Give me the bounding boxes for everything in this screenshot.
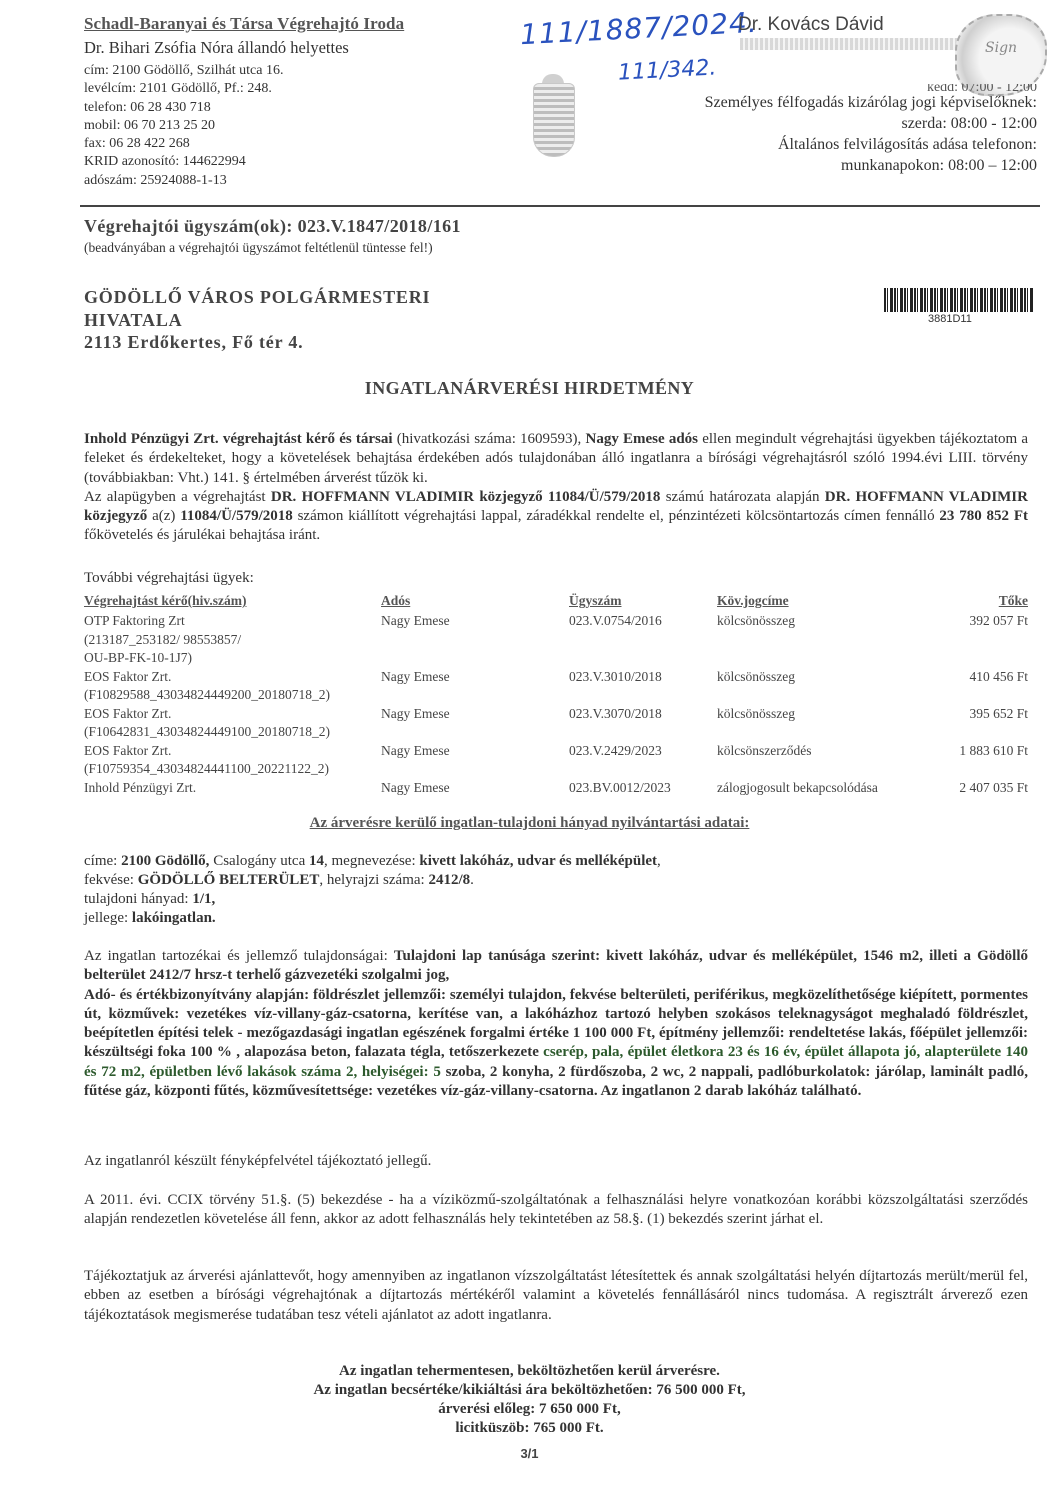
cell-principal: 395 652 Ft [927, 705, 1028, 742]
handwritten-sub-number: 111/342. [617, 55, 717, 85]
cell-claim-title: kölcsönösszeg [717, 612, 927, 668]
property-share-line: tulajdoni hányad: 1/1, [84, 890, 661, 909]
creditor-name: Inhold Pénzügyi Zrt. végrehajtást kérő é… [84, 431, 393, 447]
property-location: GÖDÖLLŐ BELTERÜLET [138, 872, 320, 888]
cell-debtor: Nagy Emese [381, 668, 569, 705]
label: címe: [84, 853, 121, 869]
intro-text: számon kiállított végrehajtási lappal, z… [293, 508, 940, 524]
cell-creditor: OTP Faktoring Zrt(213187_253182/ 9855385… [84, 612, 381, 668]
creditor-reference: (213187_253182/ 98553857/ OU-BP-FK-10-1J… [84, 631, 381, 668]
column-header-case-number: Ügyszám [569, 590, 717, 612]
cell-claim-title: zálogjogosult bekapcsolódása [717, 779, 927, 798]
table-header-row: Végrehajtást kérő(hiv.szám) Adós Ügyszám… [84, 590, 1028, 612]
creditor-name: OTP Faktoring Zrt [84, 612, 381, 631]
label: jellege: [84, 910, 132, 926]
property-house-number: 14 [309, 853, 324, 869]
summary-bid-increment: licitküszöb: 765 000 Ft. [0, 1419, 1059, 1438]
creditor-reference: (F10829588_43034824449200_20180718_2) [84, 686, 381, 705]
cell-case-number: 023.V.0754/2016 [569, 612, 717, 668]
intro-text: (hivatkozási száma: 1609593), [393, 431, 586, 447]
intro-paragraph: Inhold Pénzügyi Zrt. végrehajtást kérő é… [84, 430, 1028, 546]
cell-debtor: Nagy Emese [381, 705, 569, 742]
property-type: lakóingatlan. [132, 910, 216, 926]
cell-case-number: 023.V.3010/2018 [569, 668, 717, 705]
table-row: EOS Faktor Zrt.(F10642831_43034824449100… [84, 705, 1028, 742]
office-contact-block: cím: 2100 Gödöllő, Szilhát utca 16. levé… [84, 62, 283, 190]
intro-text: főkövetelés és járulékai behajtása iránt… [84, 527, 320, 543]
cell-claim-title: kölcsönösszeg [717, 705, 927, 742]
summary-starting-price: Az ingatlan becsértéke/kikiáltási ára be… [0, 1381, 1059, 1400]
property-city: 2100 Gödöllő, [121, 853, 209, 869]
label: fekvése: [84, 872, 138, 888]
cell-debtor: Nagy Emese [381, 612, 569, 668]
table-row: Inhold Pénzügyi Zrt.Nagy Emese023.BV.001… [84, 779, 1028, 798]
more-cases-heading: További végrehajtási ügyek: [84, 570, 254, 587]
cell-creditor: Inhold Pénzügyi Zrt. [84, 779, 381, 798]
property-details: címe: 2100 Gödöllő, Csalogány utca 14, m… [84, 852, 661, 928]
cell-creditor: EOS Faktor Zrt.(F10642831_43034824449100… [84, 705, 381, 742]
enforcement-office-name: Schadl-Baranyai és Társa Végrehajtó Irod… [84, 14, 404, 34]
auction-summary: Az ingatlan tehermentesen, beköltözhetőe… [0, 1362, 1059, 1438]
property-share: 1/1, [192, 891, 215, 907]
column-header-debtor: Adós [381, 590, 569, 612]
property-type-line: jellege: lakóingatlan. [84, 909, 661, 928]
law-note: A 2011. évi. CCIX törvény 51.§. (5) beke… [84, 1191, 1028, 1230]
office-hours-block: kedd: 07:00 - 12:00 Személyes félfogadás… [705, 86, 1037, 176]
barcode-number: 3881D11 [928, 313, 972, 325]
office-hours-line: Személyes félfogadás kizárólag jogi képv… [705, 92, 1037, 113]
case-number-note: (beadványában a végrehajtói ügyszámot fe… [84, 240, 433, 256]
features-lead: Az ingatlan tartozékai és jellemző tulaj… [84, 948, 394, 964]
office-hours-line: szerda: 08:00 - 12:00 [705, 113, 1037, 134]
coat-of-arms-icon [533, 83, 575, 157]
received-stamp-name: Dr. Kovács Dávid [738, 14, 884, 36]
table-row: EOS Faktor Zrt.(F10759354_43034824441100… [84, 742, 1028, 779]
cell-principal: 2 407 035 Ft [927, 779, 1028, 798]
document-title: INGATLANÁRVERÉSI HIRDETMÉNY [0, 378, 1059, 399]
cell-principal: 392 057 Ft [927, 612, 1028, 668]
office-hours-line: munkanapokon: 08:00 – 12:00 [705, 155, 1037, 176]
column-header-principal: Tőke [927, 590, 1028, 612]
property-designation: kivett lakóház, udvar és melléképület [419, 853, 657, 869]
recipient-line: 2113 Erdőkertes, Fő tér 4. [84, 331, 430, 354]
intro-text: Az alapügyben a végrehajtást [84, 489, 271, 505]
case-number: Végrehajtói ügyszám(ok): 023.V.1847/2018… [84, 216, 461, 237]
barcode-icon [884, 288, 1034, 312]
header-divider [80, 205, 1040, 207]
cell-case-number: 023.BV.0012/2023 [569, 779, 717, 798]
label: , megnevezése: [324, 853, 419, 869]
office-hours-line: Általános felvilágosítás adása telefonon… [705, 134, 1037, 155]
contact-mobile: mobil: 06 70 213 25 20 [84, 117, 283, 135]
table-row: EOS Faktor Zrt.(F10829588_43034824449200… [84, 668, 1028, 705]
cell-case-number: 023.V.2429/2023 [569, 742, 717, 779]
recipient-line: GÖDÖLLŐ VÁROS POLGÁRMESTERI [84, 286, 430, 309]
info-note: Tájékoztatjuk az árverési ajánlattevőt, … [84, 1267, 1028, 1325]
label: , helyrajzi száma: [319, 872, 428, 888]
creditor-name: EOS Faktor Zrt. [84, 705, 381, 724]
cell-principal: 1 883 610 Ft [927, 742, 1028, 779]
creditor-reference: (F10642831_43034824449100_20180718_2) [84, 723, 381, 742]
cell-debtor: Nagy Emese [381, 779, 569, 798]
creditor-name: Inhold Pénzügyi Zrt. [84, 779, 381, 798]
label: tulajdoni hányad: [84, 891, 192, 907]
recipient-line: HIVATALA [84, 309, 430, 332]
page-number: 3/1 [0, 1446, 1059, 1461]
cell-claim-title: kölcsönösszeg [717, 668, 927, 705]
intro-text: számú határozata alapján [660, 489, 824, 505]
creditor-reference: (F10759354_43034824441100_20221122_2) [84, 760, 381, 779]
property-street: Csalogány utca [209, 853, 309, 869]
signature-icon: Sign [985, 40, 1017, 56]
contact-mail-address: levélcím: 2101 Gödöllő, Pf.: 248. [84, 80, 283, 98]
contact-address: cím: 2100 Gödöllő, Szilhát utca 16. [84, 62, 283, 80]
handwritten-filing-number: 111/1887/2024. [519, 6, 758, 51]
cell-creditor: EOS Faktor Zrt.(F10759354_43034824441100… [84, 742, 381, 779]
contact-fax: fax: 06 28 422 268 [84, 135, 283, 153]
property-location-line: fekvése: GÖDÖLLŐ BELTERÜLET, helyrajzi s… [84, 871, 661, 890]
received-stamp-text-faded [740, 38, 980, 50]
property-lot-number: 2412/8 [428, 872, 470, 888]
summary-encumbrance: Az ingatlan tehermentesen, beköltözhetőe… [0, 1362, 1059, 1381]
principal-claim-amount: 23 780 852 Ft [939, 508, 1028, 524]
contact-tax-number: adószám: 25924088-1-13 [84, 172, 283, 190]
deputy-name: Dr. Bihari Zsófia Nóra állandó helyettes [84, 38, 349, 58]
cell-claim-title: kölcsönszerződés [717, 742, 927, 779]
cell-principal: 410 456 Ft [927, 668, 1028, 705]
property-section-heading: Az árverésre kerülő ingatlan-tulajdoni h… [0, 815, 1059, 832]
office-hours-cut-line: kedd: 07:00 - 12:00 [705, 84, 1037, 92]
contact-krid: KRID azonosító: 144622994 [84, 153, 283, 171]
summary-deposit: árverési előleg: 7 650 000 Ft, [0, 1400, 1059, 1419]
cell-debtor: Nagy Emese [381, 742, 569, 779]
property-features-paragraph: Az ingatlan tartozékai és jellemző tulaj… [84, 947, 1028, 1101]
cell-case-number: 023.V.3070/2018 [569, 705, 717, 742]
intro-text: a(z) [147, 508, 180, 524]
property-address-line: címe: 2100 Gödöllő, Csalogány utca 14, m… [84, 852, 661, 871]
creditor-name: EOS Faktor Zrt. [84, 742, 381, 761]
column-header-claim-title: Köv.jogcíme [717, 590, 927, 612]
recipient-address: GÖDÖLLŐ VÁROS POLGÁRMESTERI HIVATALA 211… [84, 286, 430, 354]
table-row: OTP Faktoring Zrt(213187_253182/ 9855385… [84, 612, 1028, 668]
photo-note: Az ingatlanról készült fényképfelvétel t… [84, 1152, 1028, 1171]
more-cases-table: Végrehajtást kérő(hiv.szám) Adós Ügyszám… [84, 590, 1028, 797]
cell-creditor: EOS Faktor Zrt.(F10829588_43034824449200… [84, 668, 381, 705]
creditor-name: EOS Faktor Zrt. [84, 668, 381, 687]
debtor-name: Nagy Emese adós [585, 431, 698, 447]
column-header-creditor: Végrehajtást kérő(hiv.szám) [84, 590, 381, 612]
contact-phone: telefon: 06 28 430 718 [84, 99, 283, 117]
notary-reference: DR. HOFFMANN VLADIMIR közjegyző 11084/Ü/… [271, 489, 661, 505]
notary-ref-number: 11084/Ü/579/2018 [180, 508, 293, 524]
